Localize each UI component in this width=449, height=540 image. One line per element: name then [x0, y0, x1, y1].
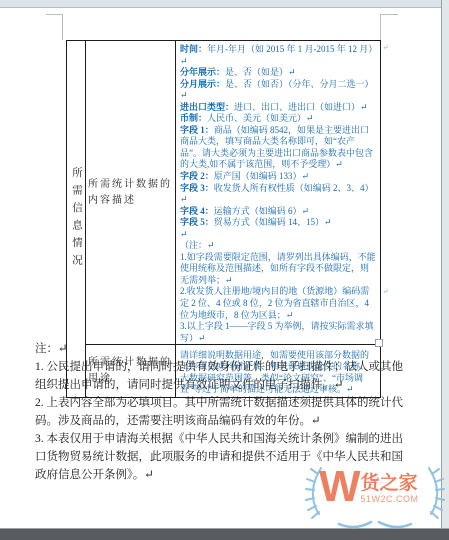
row-end-mark: ↵ [382, 288, 389, 296]
field-label: 字段 4： [180, 206, 214, 216]
field-value: 1.如字段需要限定范围，请罗列出具体编码，不能使用统称及范围描述，如所有字段不做… [180, 252, 376, 285]
field-label: 字段 3： [180, 183, 214, 193]
field-value: 贸易方式（如编码 14、15）↵ [214, 217, 332, 227]
content-line: 字段 4：运输方式（如编码 6）↵ [180, 206, 376, 218]
content-line: 字段 1：商品（如编码 8542，如果是主要进出口商品大类，填写商品大类名称即可… [180, 125, 376, 171]
footnote-item-1: 1. 公民提出申请的，请同时提供有效身份证件的电子扫描件；法人或其他组织提出申请… [35, 358, 411, 394]
content-line: 分年展示：是、否（如是）↵ [180, 67, 376, 79]
watermark-domain: 51W2C.COM [361, 494, 419, 505]
content-line: 进出口类型：进口、出口、进出口（如进口）↵ [180, 102, 376, 114]
document-viewer: 所需信息情况 所需统计数据的 内容描述 时间：年月-年月（如 2015 年 1 … [0, 0, 449, 540]
section-label-vertical: 所需信息情况 [67, 167, 85, 272]
field-label: 字段 1： [180, 125, 214, 135]
field-value: （注：↵ [180, 240, 215, 250]
content-line: ↵ [180, 229, 376, 241]
crop-mark-top-right [380, 14, 381, 40]
content-line: 字段 3：收发货人所有权性质（如编码 2、3、4）↵ [180, 183, 376, 206]
crop-mark-top-left [62, 14, 63, 40]
field-label: 分年展示： [180, 67, 225, 77]
field-value: 2.收发货人注册地/境内目的地（货源地）编码需定 2 位、4 位或 8 位，2 … [180, 286, 369, 319]
watermark-brand: 货之家 [361, 474, 419, 494]
cell-row1-content: 时间：年月-年月（如 2015 年 1 月-2015 年 12 月）↵分年展示：… [176, 41, 381, 345]
field-label: 币制： [180, 113, 207, 123]
field-value: 运输方式（如编码 6）↵ [214, 206, 309, 216]
field-label: 字段 2： [180, 171, 214, 181]
crop-mark-top-right [381, 14, 398, 15]
row-end-mark: ↵ [382, 44, 389, 52]
footnote-title: 注：↵ [35, 340, 411, 358]
cell-row1-label: 所需统计数据的 内容描述 [86, 41, 176, 345]
content-description-text: 时间：年月-年月（如 2015 年 1 月-2015 年 12 月）↵分年展示：… [176, 41, 380, 344]
field-value: 人民币、美元（如美元）↵ [207, 113, 314, 123]
field-value: 进口、出口、进出口（如进口）↵ [234, 102, 368, 112]
content-line: 时间：年月-年月（如 2015 年 1 月-2015 年 12 月）↵ [180, 44, 376, 67]
footnote-item-2: 2. 上表内容全部为必填项目。其中所需统计数据描述须提供具体的统计代码。涉及商品… [35, 394, 411, 430]
watermark-text: W 货之家 51W2C.COM [319, 468, 419, 506]
content-line: 字段 5：贸易方式（如编码 14、15）↵ [180, 217, 376, 229]
content-line: 字段 2：原产国（如编码 133）↵ [180, 171, 376, 183]
field-value: ↵ [180, 229, 188, 239]
content-line: 1.如字段需要限定范围，请罗列出具体编码，不能使用统称及范围描述，如所有字段不做… [180, 252, 376, 287]
window-top-edge [0, 0, 449, 8]
content-line: 币制：人民币、美元（如美元）↵ [180, 113, 376, 125]
field-value: 年月-年月（如 2015 年 1 月-2015 年 12 月）↵ [180, 44, 373, 66]
content-line: （注：↵ [180, 240, 376, 252]
content-line: 分月展示：是、否（如否）（分年、分月二选一）↵ [180, 79, 376, 102]
field-label: 字段 5： [180, 217, 214, 227]
watermark-logo: W 货之家 51W2C.COM [305, 462, 445, 532]
field-value: 是、否（如是）↵ [225, 67, 296, 77]
watermark-letter: W [319, 468, 359, 506]
field-label: 进出口类型： [180, 102, 234, 112]
field-label: 分月展示： [180, 79, 225, 89]
row1-label: 所需统计数据的 内容描述 [86, 175, 175, 211]
page-right-gutter [441, 0, 449, 540]
crop-mark-top-left [46, 14, 63, 15]
field-label: 时间： [180, 44, 207, 54]
field-value: 原产国（如编码 133）↵ [214, 171, 309, 181]
content-line: 2.收发货人注册地/境内目的地（货源地）编码需定 2 位、4 位或 8 位，2 … [180, 286, 376, 321]
